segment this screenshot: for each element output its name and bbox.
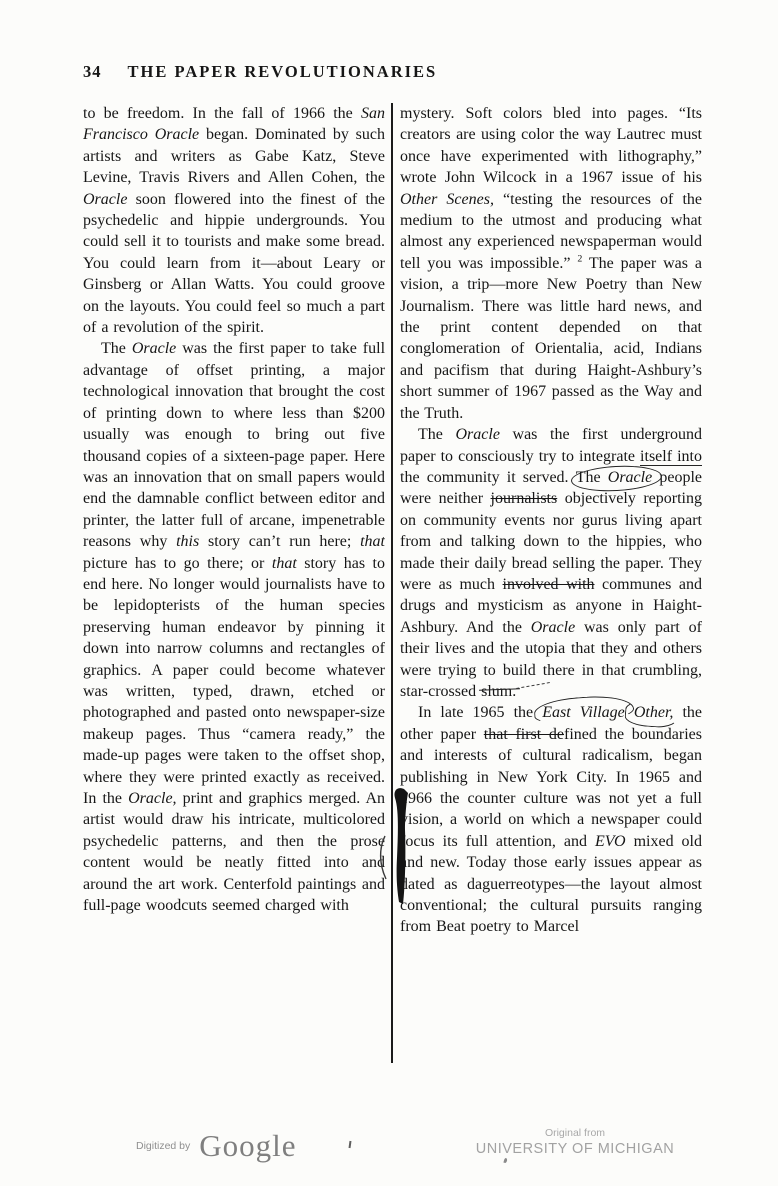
pen-strike-annotation: journalists [491, 490, 558, 507]
pen-underline-annotation: itself into [640, 448, 702, 466]
italic-text: Other Scenes, [400, 191, 494, 208]
body-text: print and graphics merged. An artist wou… [83, 790, 385, 914]
body-text: story has to end here. No longer would j… [83, 555, 385, 807]
body-text [625, 704, 634, 721]
pen-paren-curve [381, 836, 386, 879]
italic-text: Oracle [531, 619, 575, 636]
institution-label: UNIVERSITY OF MICHIGAN [455, 1141, 695, 1157]
page-number: 34 [83, 62, 102, 81]
digitization-watermark: Digitized by Google [136, 1130, 297, 1161]
original-from-label: Original from [455, 1127, 695, 1139]
body-text: The [101, 340, 132, 357]
pen-arc-bottom-annotation: Other, [634, 704, 674, 721]
stray-pen-mark [349, 1141, 352, 1148]
book-page-scan: 34THE PAPER REVOLUTIONARIES to be freedo… [0, 0, 778, 1186]
body-text: picture has to go there; or [83, 555, 272, 572]
provenance-watermark: Original from UNIVERSITY OF MICHIGAN [455, 1127, 695, 1157]
body-text: The paper was a vision, a trip—more New … [400, 255, 702, 422]
body-text: fined the boundaries and interests of cu… [400, 726, 702, 850]
italic-text: EVO [595, 833, 626, 850]
italic-text: Oracle [83, 191, 127, 208]
pen-strike-annotation: involved with [503, 576, 595, 593]
body-text: to be freedom. In the fall of 1966 the [83, 105, 361, 122]
italic-text: Oracle [132, 340, 176, 357]
page-title: THE PAPER REVOLUTIONARIES [128, 62, 438, 81]
body-text: was the first paper to take full advanta… [83, 340, 385, 550]
paragraph: The Oracle was the first underground pap… [400, 424, 702, 702]
body-text: were as much [400, 576, 503, 593]
paragraph: The Oracle was the first paper to take f… [83, 338, 385, 916]
digitized-by-label: Digitized by [136, 1140, 190, 1152]
italic-text: that [360, 533, 385, 550]
stray-pen-mark [503, 1158, 507, 1164]
google-logo: Google [199, 1130, 296, 1161]
italic-text: that [272, 555, 297, 572]
pen-tail-annotation: They [669, 555, 702, 572]
paragraph: mystery. Soft colors bled into pages. “I… [400, 103, 702, 424]
body-text: story can’t run here; [199, 533, 360, 550]
italic-text: Other, [634, 704, 674, 721]
pen-arc-top-annotation: East Village [542, 704, 625, 721]
body-text: The [576, 469, 608, 486]
body-text: In late 1965 the [418, 704, 542, 721]
italic-text: this [176, 533, 199, 550]
right-text-column: mystery. Soft colors bled into pages. “I… [400, 103, 702, 1061]
body-text: the community it served. [400, 469, 576, 486]
italic-text: Oracle [455, 426, 499, 443]
pen-strike-annotation: that first de [484, 726, 564, 743]
body-text: mystery. Soft colors bled into pages. “I… [400, 105, 702, 186]
paragraph: to be freedom. In the fall of 1966 the S… [83, 103, 385, 338]
paragraph: In late 1965 the East Village Other, the… [400, 702, 702, 937]
left-text-column: to be freedom. In the fall of 1966 the S… [83, 103, 385, 1061]
ink-blot-stroke [394, 788, 408, 904]
italic-text: Oracle, [128, 790, 176, 807]
italic-text: Oracle [608, 469, 652, 486]
pen-overtail-annotation: slum. [481, 683, 516, 700]
page-header: 34THE PAPER REVOLUTIONARIES [83, 62, 437, 82]
body-text: soon flowered into the finest of the psy… [83, 191, 385, 336]
body-text: The [418, 426, 455, 443]
pen-ink-blot-annotation [377, 786, 419, 908]
italic-text: East Village [542, 704, 625, 721]
column-divider-rule [391, 103, 393, 1063]
pen-circle-annotation: The Oracle [576, 469, 652, 486]
